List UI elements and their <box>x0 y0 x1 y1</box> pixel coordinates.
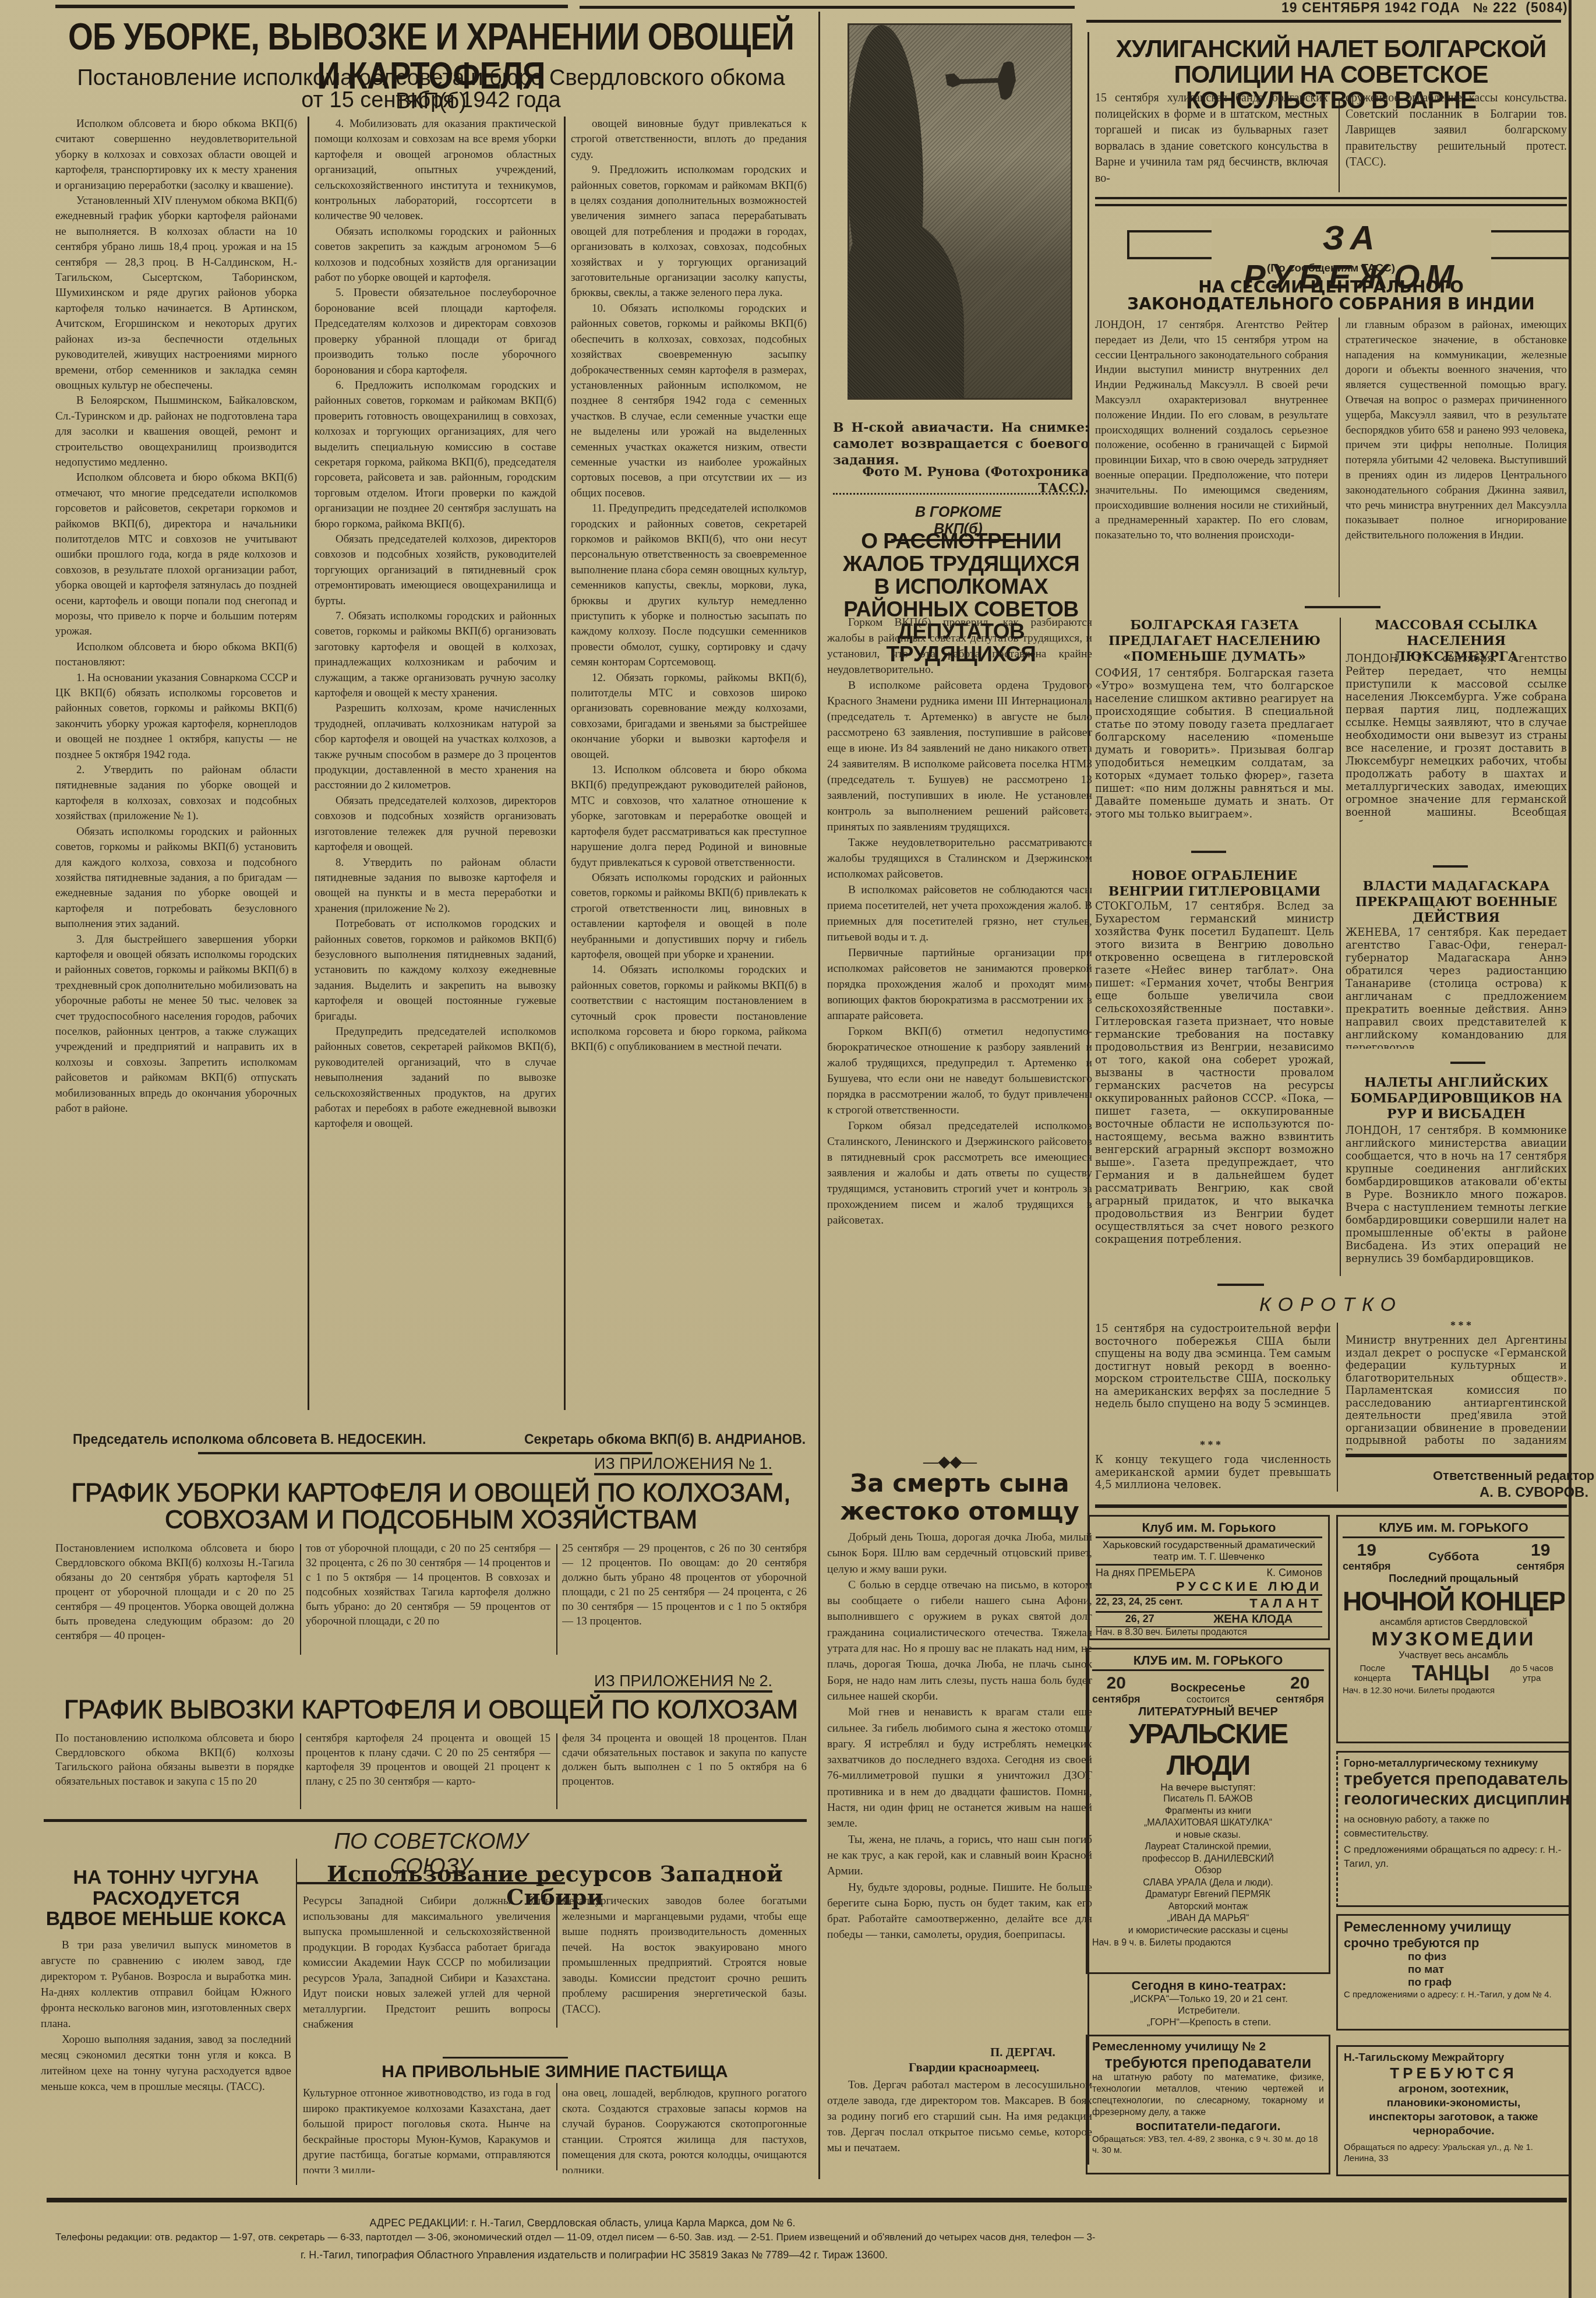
letter-note: Тов. Дергач работал мастером в лесосушил… <box>827 2077 1092 2182</box>
lead-column-1: Исполком облсовета и бюро обкома ВКП(б) … <box>55 117 297 1404</box>
hungary-text: СТОКГОЛЬМ, 17 сентября. Вслед за Бухарес… <box>1095 900 1334 1291</box>
paragraph: 3. Для быстрейшего завершения уборки кар… <box>55 932 297 1117</box>
lead-column-3: овощей виновные будут привлекаться к стр… <box>571 117 807 1398</box>
pastures-title: НА ПРИВОЛЬНЫЕ ЗИМНИЕ ПАСТБИЩА <box>303 2063 807 2081</box>
india-title: НА СЕССИИ ЦЕНТРАЛЬНОГО ЗАКОНОДАТЕЛЬНОГО … <box>1095 279 1567 313</box>
top-rule <box>580 6 1075 9</box>
paragraph: 12. Обязать горкомы, райкомы ВКП(б), пол… <box>571 671 807 763</box>
separator <box>443 2057 568 2059</box>
ad-school-fragment: Ремесленному училищу срочно требуются пр… <box>1336 1914 1569 2031</box>
ad-line: и новые сказы. <box>1092 1830 1324 1842</box>
luxembourg-text: ЛОНДОН, 17 сентября. Агентство Рейтер пе… <box>1346 653 1567 822</box>
paragraph: 13. Исполком облсовета и бюро обкома ВКП… <box>571 763 807 870</box>
ad-mezhraytorg: Н.-Тагильскому Межрайторгу ТРЕБУЮТСЯ агр… <box>1336 2045 1569 2176</box>
separator <box>1095 197 1567 199</box>
paragraph: Обязать председателей колхозов, директор… <box>315 532 556 609</box>
briefly-item-3: Министр внутренних дел Аргентины издал д… <box>1346 1334 1567 1451</box>
paragraph: Тов. Дергач работал мастером в лесосушил… <box>827 2077 1092 2156</box>
appendix-1-title: ГРАФИК УБОРКИ КАРТОФЕЛЯ И ОВОЩЕЙ ПО КОЛХ… <box>55 1480 807 1534</box>
paragraph: 1. На основании указания Совнаркома СССР… <box>55 671 297 763</box>
column-divider <box>1337 1323 1338 1492</box>
letter-title: За смерть сына жестоко отомщу <box>827 1469 1092 1526</box>
paragraph: Также неудовлетворительно рассматриваютс… <box>827 835 1092 882</box>
paragraph: Добрый день Тюша, дорогая дочка Люба, ми… <box>827 1529 1092 1577</box>
paragraph: овощей виновные будут привлекаться к стр… <box>571 117 807 163</box>
ad-school-2: Ремесленному училищу № 2 требуются препо… <box>1086 2035 1330 2174</box>
column-divider <box>1340 618 1341 1276</box>
paragraph: Обязать председателей колхозов, директор… <box>315 794 556 855</box>
footer-address: АДРЕС РЕДАКЦИИ: г. Н.-Тагил, Свердловска… <box>0 2217 1165 2229</box>
paragraph: Исполком облсовета и бюро обкома ВКП(б) … <box>55 640 297 671</box>
column-divider <box>1339 318 1340 597</box>
paragraph: В исполкоме райсовета ордена Трудового К… <box>827 678 1092 835</box>
paragraph: Первичные партийные организации при испо… <box>827 945 1092 1024</box>
pig-iron-text: В три раза увеличил выпуск минометов в а… <box>41 1937 291 2153</box>
hungary-title: НОВОЕ ОГРАБЛЕНИЕ ВЕНГРИИ ГИТЛЕРОВЦАМИ <box>1095 868 1334 900</box>
ad-line: СЛАВА УРАЛА (Дела и люди). <box>1092 1877 1324 1890</box>
ornament-divider: —◆◆— <box>923 1453 977 1471</box>
bulgaria-title: БОЛГАРСКАЯ ГАЗЕТА ПРЕДЛАГАЕТ НАСЕЛЕНИЮ «… <box>1095 618 1334 665</box>
column-divider <box>556 1897 557 2028</box>
paragraph: С болью в сердце отвечаю на письмо, в ко… <box>827 1577 1092 1704</box>
ad-line: Драматург Евгений ПЕРМЯК <box>1092 1889 1324 1901</box>
column-divider <box>300 1544 301 1655</box>
paragraph: 6. Предложить исполкомам городских и рай… <box>315 378 556 532</box>
footer-phones: Телефоны редакции: отв. редактор — 1-97,… <box>55 2232 1570 2243</box>
ad-technikum: Горно-металлургическому техникуму требуе… <box>1336 1751 1569 1907</box>
paragraph: Горком ВКП(б) отметил недопустимо-бюрокр… <box>827 1024 1092 1118</box>
bulgaria-text: СОФИЯ, 17 сентября. Болгарская газета «У… <box>1095 667 1334 848</box>
paragraph: Потребовать от исполкомов городских и ра… <box>315 917 556 1024</box>
ad-line: плановики-экономисты, <box>1344 2096 1563 2110</box>
raids-text: ЛОНДОН, 17 сентября. В коммюнике английс… <box>1346 1125 1567 1276</box>
column-divider <box>300 1733 301 1809</box>
paragraph: 5. Провести обязательное послеуборочное … <box>315 286 556 378</box>
separator <box>1095 1504 1567 1508</box>
paragraph: Обязать исполкомы городских и районных с… <box>315 224 556 286</box>
appendix-2-col-1: По постановлению исполкома облсовета и б… <box>55 1732 294 1813</box>
airplane-icon <box>942 57 1030 110</box>
ad-vacancy-list: агроном, зоотехник,плановики-экономисты,… <box>1344 2082 1563 2138</box>
ad-line: „ИВАН ДА МАРЬЯ“ <box>1092 1913 1324 1925</box>
separator <box>1433 865 1468 868</box>
paragraph: Обязать исполкомы городских и районных с… <box>55 824 297 932</box>
column-divider <box>1339 99 1340 192</box>
section-briefly: КОРОТКО <box>1095 1293 1567 1316</box>
varna-col-2: оруженное ограбление кассы консульства. … <box>1346 90 1567 192</box>
paragraph: Установленный XIV пленумом обкома ВКП(б)… <box>55 193 297 393</box>
paragraph: Горком ВКП(б) проверил, как разбираются … <box>827 615 1092 678</box>
siberia-col-1: Ресурсы Западной Сибири должны быть испо… <box>303 1894 550 2028</box>
top-rule <box>1086 20 1561 23</box>
briefly-item-2: К концу текущего года численность америк… <box>1095 1454 1331 1495</box>
ad-night-concert: КЛУБ им. М. ГОРЬКОГО 19сентября Суббота … <box>1336 1515 1569 1743</box>
footer-printer: г. Н.-Тагил, типография Областного Управ… <box>0 2249 1188 2261</box>
signature-chairman: Председатель исполкома облсовета В. НЕДО… <box>73 1432 426 1447</box>
separator <box>1095 204 1567 206</box>
ad-line: чернорабочие. <box>1344 2124 1563 2138</box>
varna-col-1: 15 сентября хулиганская банда болгарских… <box>1095 90 1328 192</box>
column-divider <box>296 1859 297 2185</box>
paragraph: Ты, жена, не плачь, а горись, что наш сы… <box>827 1832 1092 1880</box>
appendix-1-col-1: Постановлением исполкома облсовета и бюр… <box>55 1541 294 1658</box>
separator <box>1346 1454 1567 1457</box>
newspaper-page: 19 СЕНТЯБРЯ 1942 ГОДА № 222 (5084) ОБ УБ… <box>0 0 1596 2298</box>
column-divider <box>818 12 820 2179</box>
separator <box>198 1452 652 1454</box>
paragraph: Ну, будьте здоровы, родные. Пишите. Не б… <box>827 1880 1092 1943</box>
ad-cinema: Сегодня в кино-театрах: „ИСКРА“—Только 1… <box>1088 1978 1330 2033</box>
photo-caption: В Н-ской авиачасти. На снимке: самолет в… <box>833 420 1089 468</box>
wavy-separator <box>833 489 1089 495</box>
ad-line: „МАЛАХИТОВАЯ ШКАТУЛКА“ <box>1092 1817 1324 1830</box>
column-divider <box>556 1544 557 1655</box>
appendix-2-col-3: феля 34 процента и овощей 18 процентов. … <box>562 1732 807 1813</box>
ad-line: Фрагменты из книги <box>1092 1806 1324 1818</box>
footer-rule <box>47 2198 1567 2202</box>
madagascar-title: ВЛАСТИ МАДАГАСКАРА ПРЕКРАЩАЮТ ВОЕННЫЕ ДЕ… <box>1346 879 1567 926</box>
paragraph: 14. Обязать исполкомы городских и районн… <box>571 963 807 1055</box>
separator <box>1305 606 1380 608</box>
appendix-1-col-2: тов от уборочной площади, с 20 по 25 сен… <box>306 1541 550 1658</box>
separator <box>1191 851 1226 853</box>
briefly-item-1: 15 сентября на судостроительной верфи во… <box>1095 1323 1331 1428</box>
india-col-2: ли главным образом в районах, имеющих ст… <box>1346 318 1567 597</box>
gorkom-text: Горком ВКП(б) проверил, как разбираются … <box>827 615 1092 1428</box>
separator <box>1450 1062 1485 1064</box>
paragraph: В Белоярском, Пышминском, Байкаловском, … <box>55 393 297 470</box>
paragraph: 4. Мобилизовать для оказания практическо… <box>315 117 556 224</box>
pastures-col-1: Культурное отгонное животноводство, из г… <box>303 2086 550 2173</box>
ad-line: агроном, зоотехник, <box>1344 2082 1563 2096</box>
paragraph: Хорошо выполняя задания, завод за послед… <box>41 2032 291 2095</box>
editor-name: А. В. СУВОРОВ. <box>1480 1485 1588 1501</box>
ad-line: профессор В. ДАНИЛЕВСКИЙ <box>1092 1853 1324 1866</box>
ad-literary-evening: КЛУБ им. М. ГОРЬКОГО 20сентября Воскресе… <box>1086 1648 1330 1974</box>
tree-shape <box>848 217 964 398</box>
lead-date: от 15 сентября 1942 года <box>55 89 807 112</box>
editor-label: Ответственный редактор <box>1433 1468 1594 1483</box>
pastures-col-2: она овец, лошадей, верблюдов, крупного р… <box>562 2086 807 2173</box>
asterisks: * * * <box>1200 1439 1221 1451</box>
paragraph: Обязать исполкомы городских и районных с… <box>571 870 807 963</box>
paragraph: 8. Утвердить по районам области пятиднев… <box>315 855 556 917</box>
column-divider <box>308 117 309 1410</box>
raids-title: НАЛЕТЫ АНГЛИЙСКИХ БОМБАРДИРОВЩИКОВ НА РУ… <box>1346 1075 1567 1122</box>
letter-signature: П. ДЕРГАЧ. <box>990 2045 1055 2060</box>
paragraph: 10. Обязать исполкомы городских и районн… <box>571 301 807 501</box>
masthead-date: 19 СЕНТЯБРЯ 1942 ГОДА № 222 (5084) <box>1281 0 1568 16</box>
pig-iron-title: НА ТОННУ ЧУГУНА РАСХОДУЕТСЯ ВДВОЕ МЕНЬШЕ… <box>44 1867 288 1930</box>
paragraph: 11. Предупредить председателей исполкомо… <box>571 501 807 670</box>
signature-secretary: Секретарь обкома ВКП(б) В. АНДРИАНОВ. <box>524 1432 806 1447</box>
ad-line: Авторский монтаж <box>1092 1901 1324 1913</box>
asterisks: * * * <box>1450 1320 1471 1332</box>
paragraph: Предупредить председателей исполкомов ра… <box>315 1024 556 1132</box>
paragraph: Исполком облсовета и бюро обкома ВКП(б) … <box>55 470 297 639</box>
paragraph: Разрешить колхозам, кроме начисленных тр… <box>315 701 556 793</box>
appendix-1-col-3: 25 сентября — 29 процентов, с 26 по 30 с… <box>562 1541 807 1658</box>
appendix-2-label: ИЗ ПРИЛОЖЕНИЯ № 2. <box>594 1672 772 1693</box>
ad-line: Обзор <box>1092 1865 1324 1877</box>
paragraph: 7. Обязать исполкомы городских и районны… <box>315 609 556 701</box>
top-rule <box>55 5 568 8</box>
ad-line: Лауреат Сталинской премии, <box>1092 1841 1324 1853</box>
lead-column-2: 4. Мобилизовать для оказания практическо… <box>315 117 556 1404</box>
column-divider <box>564 117 566 1410</box>
ad-line: Писатель П. БАЖОВ <box>1092 1793 1324 1806</box>
letter-text: Добрый день Тюша, дорогая дочка Люба, ми… <box>827 1529 1092 2042</box>
column-divider <box>556 2083 557 2170</box>
ad-performers-list: Писатель П. БАЖОВФрагменты из книги„МАЛА… <box>1092 1793 1324 1937</box>
paragraph: В исполкомах райсоветов не соблюдаются ч… <box>827 882 1092 945</box>
ad-club-theatre: Клуб им. М. Горького Харьковский государ… <box>1088 1515 1330 1640</box>
paragraph: 2. Утвердить по районам области пятиднев… <box>55 763 297 824</box>
india-col-1: ЛОНДОН, 17 сентября. Агентство Рейтер пе… <box>1095 318 1328 597</box>
ad-line: инспекторы заготовок, а также <box>1344 2110 1563 2124</box>
paragraph: Исполком облсовета и бюро обкома ВКП(б) … <box>55 117 297 193</box>
paragraph: В три раза увеличил выпуск минометов в а… <box>41 1937 291 2032</box>
aircraft-photo <box>848 23 1072 400</box>
separator <box>44 1819 807 1822</box>
paragraph: Горком обязал председателей исполкомов С… <box>827 1118 1092 1228</box>
letter-signature-rank: Гвардии красноармеец. <box>909 2060 1039 2075</box>
paragraph: 9. Предложить исполкомам городских и рай… <box>571 163 807 301</box>
column-divider <box>556 1733 557 1809</box>
appendix-2-title: ГРАФИК ВЫВОЗКИ КАРТОФЕЛЯ И ОВОЩЕЙ ПО КОЛ… <box>55 1697 807 1724</box>
siberia-col-2: металлургических заводов более богатыми … <box>562 1894 807 2028</box>
paragraph: Мой гнев и ненависть к врагам стали еще … <box>827 1704 1092 1831</box>
madagascar-text: ЖЕНЕВА, 17 сентября. Как передает агентс… <box>1346 926 1567 1049</box>
appendix-2-col-2: сентября картофеля 24 процента и овощей … <box>306 1732 550 1813</box>
separator <box>1217 1284 1264 1286</box>
ad-line: и юмористические рассказы и сцены <box>1092 1925 1324 1937</box>
abroad-source: (По сообщениям ТАСС) <box>1095 262 1567 275</box>
appendix-1-label: ИЗ ПРИЛОЖЕНИЯ № 1. <box>594 1455 772 1475</box>
